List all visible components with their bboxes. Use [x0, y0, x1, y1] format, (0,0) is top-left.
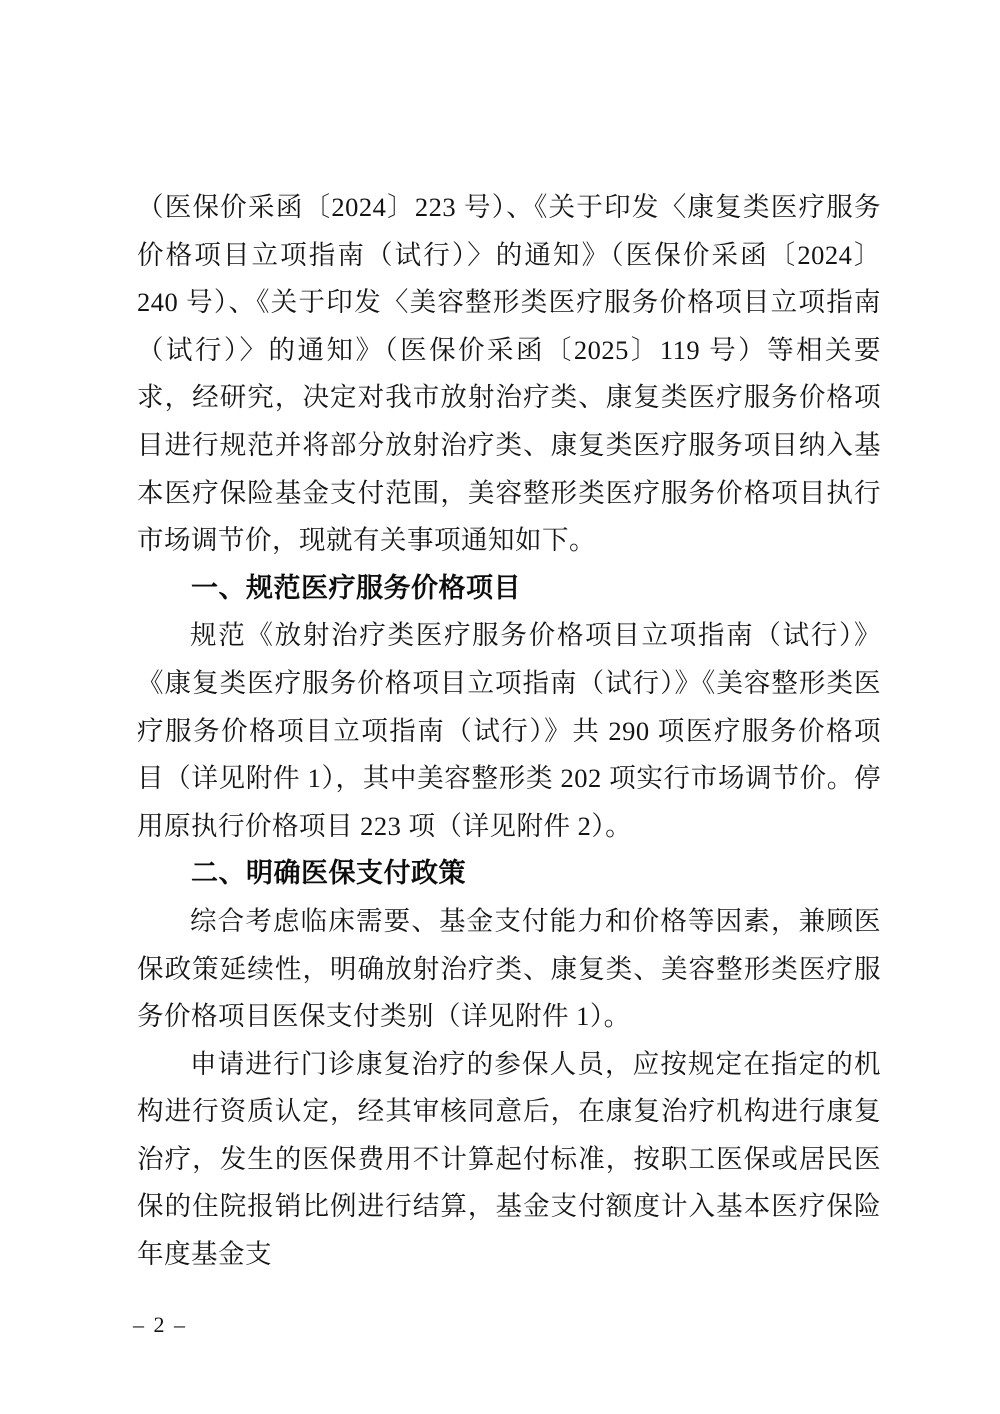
paragraph-intro-continuation: （医保价采函〔2024〕223 号）、《关于印发〈康复类医疗服务价格项目立项指南… — [137, 184, 881, 565]
section-heading-2: 二、明确医保支付政策 — [137, 850, 881, 898]
section-heading-1: 一、规范医疗服务价格项目 — [137, 565, 881, 613]
document-page: （医保价采函〔2024〕223 号）、《关于印发〈康复类医疗服务价格项目立项指南… — [0, 0, 1000, 1414]
paragraph-section2-payment-policy: 综合考虑临床需要、基金支付能力和价格等因素，兼顾医保政策延续性，明确放射治疗类、… — [137, 898, 881, 1041]
page-footer: – 2 – — [133, 1312, 187, 1338]
page-number: – 2 – — [133, 1312, 187, 1337]
document-body: （医保价采函〔2024〕223 号）、《关于印发〈康复类医疗服务价格项目立项指南… — [137, 184, 881, 1279]
paragraph-section1-pricing-items: 规范《放射治疗类医疗服务价格项目立项指南（试行）》《康复类医疗服务价格项目立项指… — [137, 612, 881, 850]
paragraph-section2-outpatient-rehab: 申请进行门诊康复治疗的参保人员，应按规定在指定的机构进行资质认定，经其审核同意后… — [137, 1041, 881, 1279]
